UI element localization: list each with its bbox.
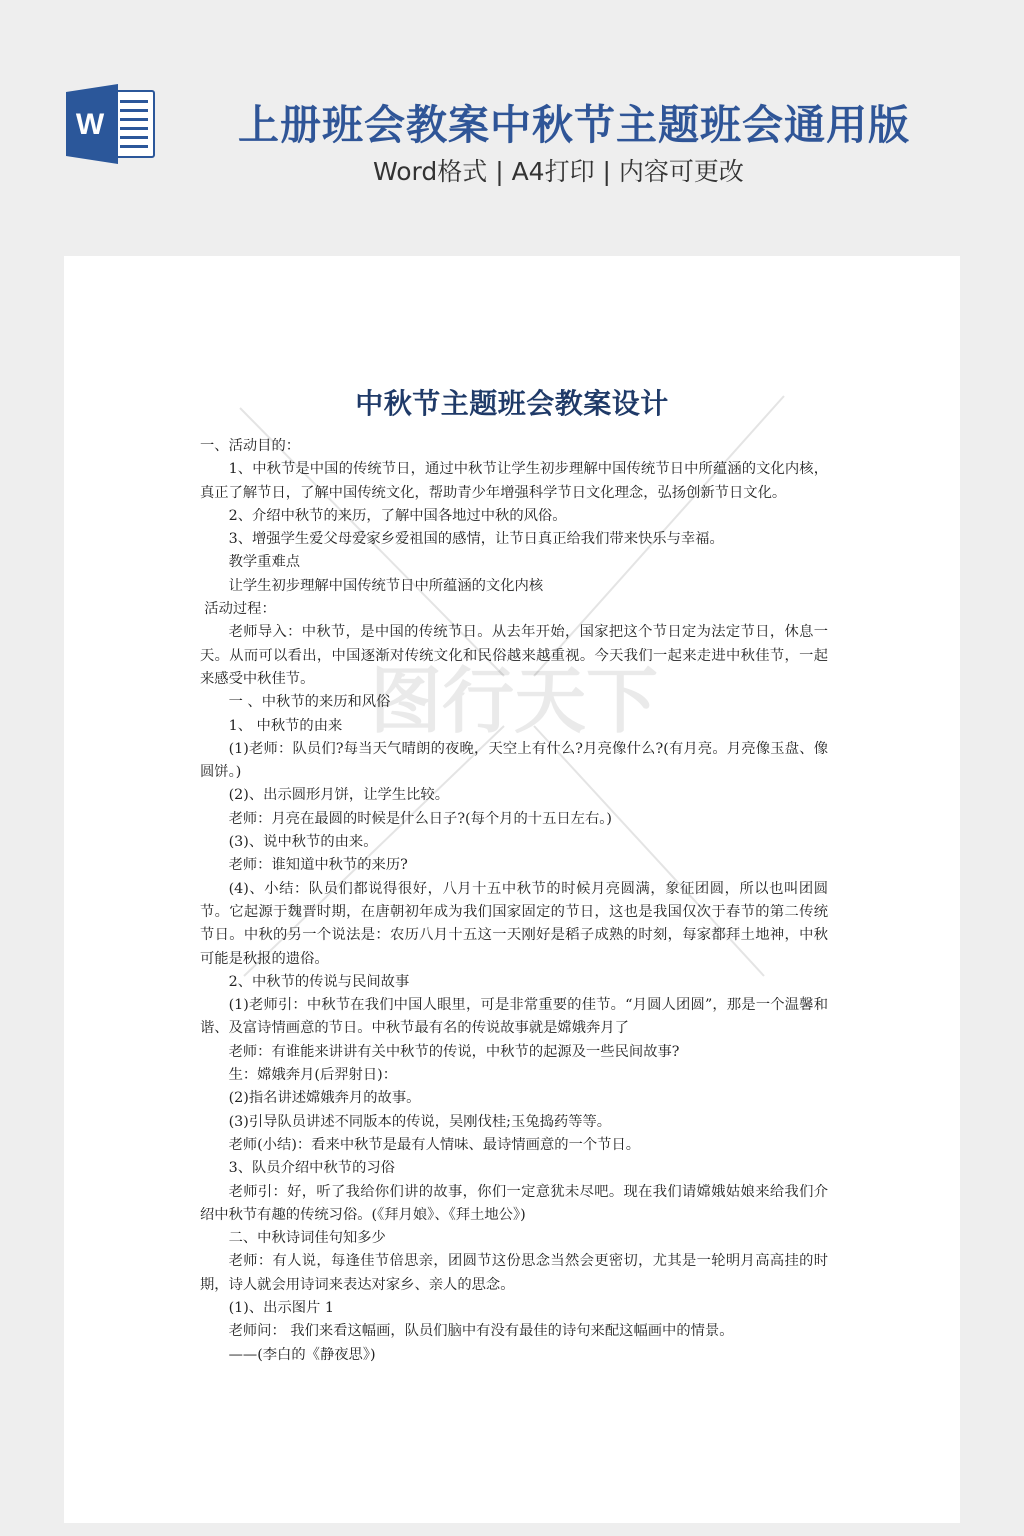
paragraph: 老师：谁知道中秋节的来历? xyxy=(200,854,828,877)
paragraph: 2、介绍中秋节的来历，了解中国各地过中秋的风俗。 xyxy=(200,505,828,528)
paragraph: 1、中秋节是中国的传统节日，通过中秋节让学生初步理解中国传统节日中所蕴涵的文化内… xyxy=(200,458,828,505)
paragraph: 老师：月亮在最圆的时候是什么日子?(每个月的十五日左右。) xyxy=(200,808,828,831)
paragraph: (2)指名讲述嫦娥奔月的故事。 xyxy=(200,1087,828,1110)
paragraph: 3、增强学生爱父母爱家乡爱祖国的感情，让节日真正给我们带来快乐与幸福。 xyxy=(200,528,828,551)
paragraph: (1)老师引：中秋节在我们中国人眼里，可是非常重要的佳节。“月圆人团圆”，那是一… xyxy=(200,994,828,1041)
paragraph: ——(李白的《静夜思》) xyxy=(200,1344,828,1367)
section-heading: 一 、中秋节的来历和风俗 xyxy=(200,691,828,714)
paragraph: (1)、出示图片 1 xyxy=(200,1297,828,1320)
section-heading: 1、 中秋节的由来 xyxy=(200,715,828,738)
page-title: 中秋节主题班会教案设计 xyxy=(64,382,960,422)
document-page: 图行天下 中秋节主题班会教案设计 一、活动目的： 1、中秋节是中国的传统节日，通… xyxy=(64,256,960,1523)
section-heading: 2、中秋节的传说与民间故事 xyxy=(200,971,828,994)
word-document-icon: W xyxy=(64,82,156,166)
paragraph: 一、活动目的： xyxy=(200,435,828,458)
paragraph: 老师：有人说，每逢佳节倍思亲，团圆节这份思念当然会更密切，尤其是一轮明月高高挂的… xyxy=(200,1250,828,1297)
section-heading: 二、中秋诗词佳句知多少 xyxy=(200,1227,828,1250)
section-heading: 3、队员介绍中秋节的习俗 xyxy=(200,1157,828,1180)
paragraph: 生：嫦娥奔月(后羿射日)： xyxy=(200,1064,828,1087)
paragraph: 老师：有谁能来讲讲有关中秋节的传说，中秋节的起源及一些民间故事? xyxy=(200,1041,828,1064)
section-heading: 活动过程： xyxy=(200,598,828,621)
paragraph: 老师导入：中秋节，是中国的传统节日。从去年开始，国家把这个节日定为法定节日，休息… xyxy=(200,621,828,691)
paragraph: 老师引：好，听了我给你们讲的故事，你们一定意犹未尽吧。现在我们请嫦娥姑娘来给我们… xyxy=(200,1181,828,1228)
paragraph: (3)、说中秋节的由来。 xyxy=(200,831,828,854)
paragraph: (2)、出示圆形月饼，让学生比较。 xyxy=(200,784,828,807)
paragraph: (3)引导队员讲述不同版本的传说，吴刚伐桂;玉兔捣药等等。 xyxy=(200,1111,828,1134)
paragraph: 让学生初步理解中国传统节日中所蕴涵的文化内核 xyxy=(200,575,828,598)
paragraph: (1)老师：队员们?每当天气晴朗的夜晚，天空上有什么?月亮像什么?(有月亮。月亮… xyxy=(200,738,828,785)
paragraph: (4)、小结：队员们都说得很好，八月十五中秋节的时候月亮圆满，象征团圆，所以也叫… xyxy=(200,878,828,971)
preview-header: W 上册班会教案中秋节主题班会通用版 Word格式 | A4打印 | 内容可更改 xyxy=(0,0,1024,256)
paragraph: 老师问： 我们来看这幅画，队员们脑中有没有最佳的诗句来配这幅画中的情景。 xyxy=(200,1320,828,1343)
document-body: 一、活动目的： 1、中秋节是中国的传统节日，通过中秋节让学生初步理解中国传统节日… xyxy=(200,435,828,1367)
section-heading: 教学重难点 xyxy=(200,551,828,574)
svg-text:W: W xyxy=(76,108,105,141)
document-format-subtitle: Word格式 | A4打印 | 内容可更改 xyxy=(373,152,744,188)
document-title: 上册班会教案中秋节主题班会通用版 xyxy=(238,92,910,151)
paragraph: 老师(小结)：看来中秋节是最有人情味、最诗情画意的一个节日。 xyxy=(200,1134,828,1157)
